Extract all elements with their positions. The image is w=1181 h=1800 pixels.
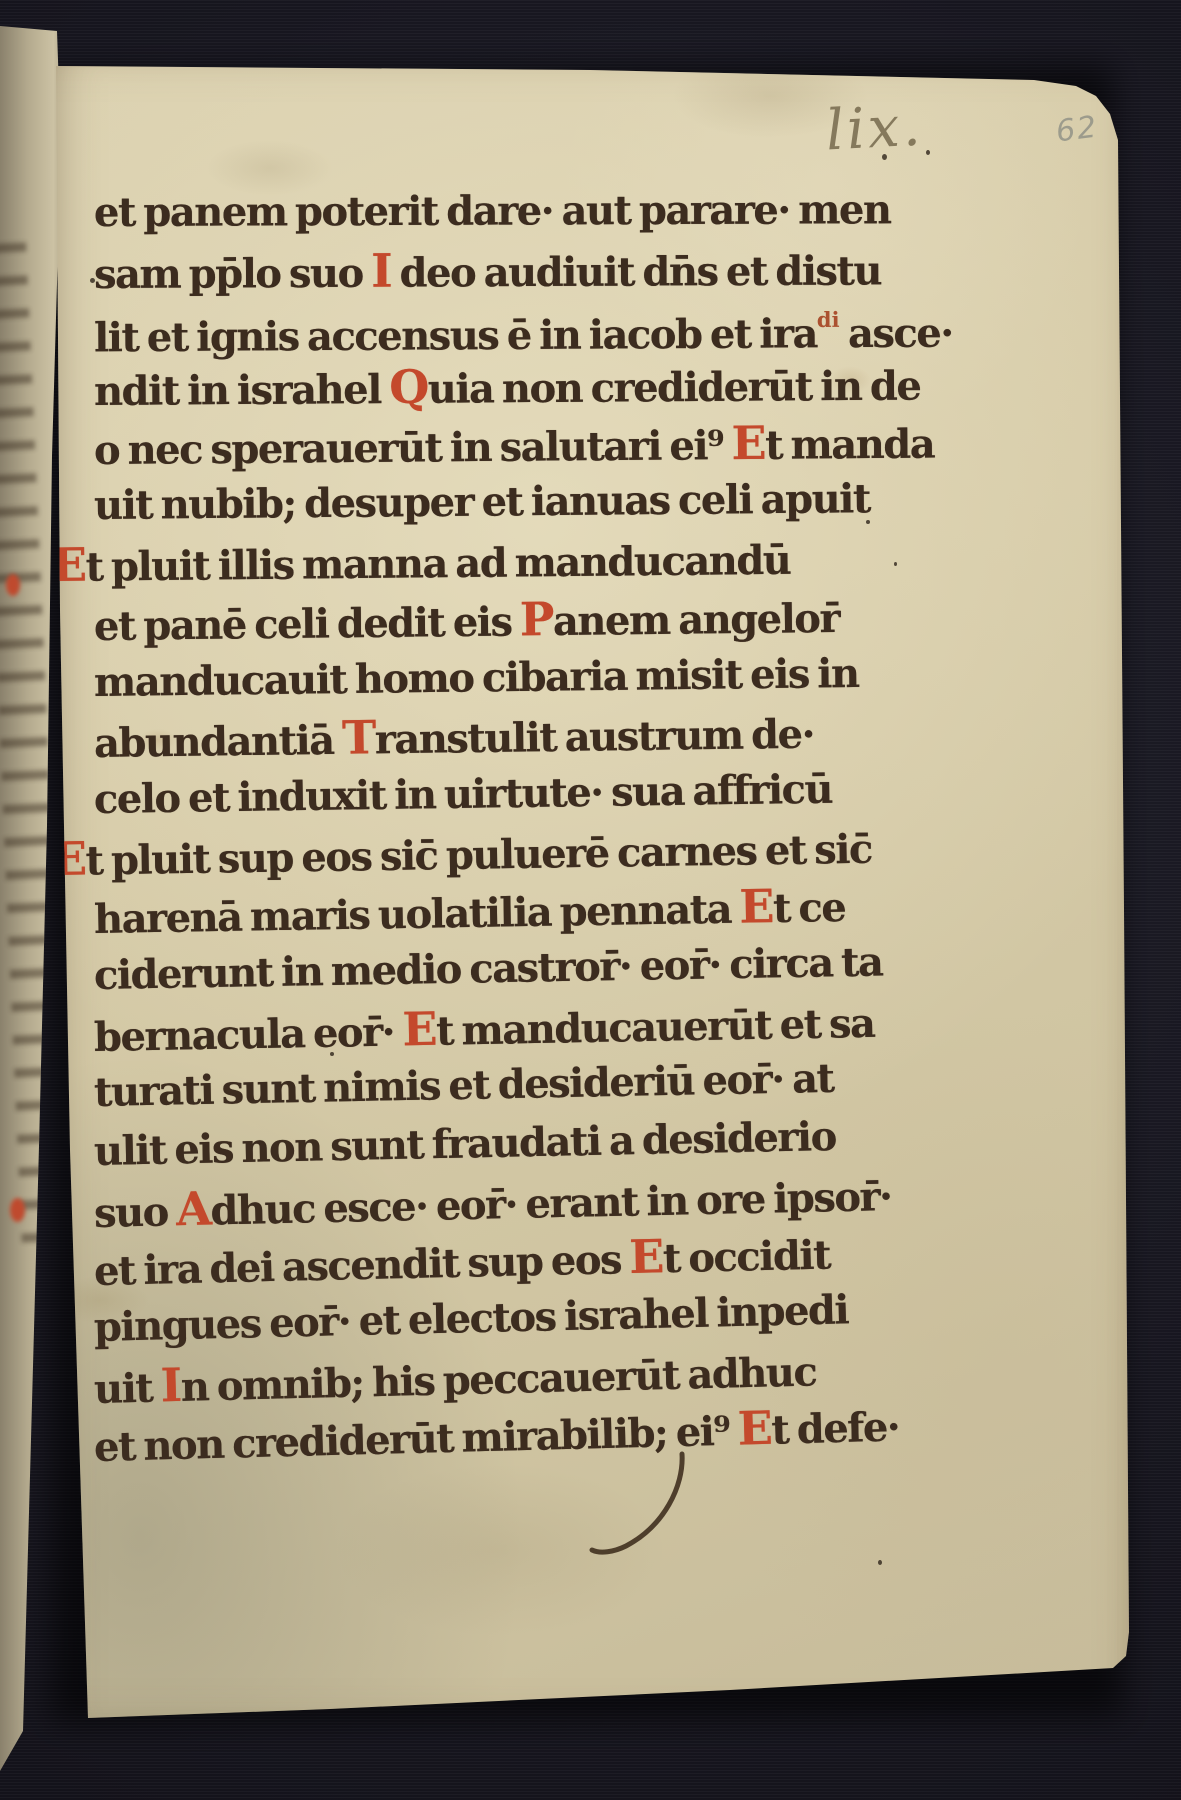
rubric-initial: E	[402, 1001, 437, 1056]
rubric-initial: A	[176, 1181, 211, 1236]
rubric-initial: T	[342, 711, 375, 765]
ink-text: bernacula eor̄·	[94, 1008, 403, 1061]
ink-text: t manda	[765, 420, 934, 468]
ink-text: ulit eis non sunt fraudati a desiderio	[94, 1113, 837, 1175]
ink-speck	[882, 154, 887, 160]
text-line: Et pluit illis manna ad manducandū	[52, 527, 1035, 595]
ink-text: suo	[94, 1188, 177, 1237]
rubric-initial: I	[371, 243, 391, 297]
ink-text: ranstulit austrum de·	[374, 711, 814, 764]
rubric-initial: E	[731, 416, 765, 470]
rubric-initial: E	[629, 1230, 664, 1285]
ink-text: harenā maris uolatilia pennata	[94, 886, 740, 943]
ink-text: t manducauerūt et sa	[436, 999, 875, 1054]
ink-text: t pluit illis manna ad manducandū	[85, 537, 790, 591]
ink-speck	[866, 520, 870, 524]
text-line: lit et ignis accensus ē in iacob et irad…	[94, 296, 1034, 360]
rubric-initial: E	[737, 1401, 772, 1456]
ink-text: anem angelor̄	[553, 595, 840, 645]
ink-text: manducauit homo cibaria misit eis in	[94, 649, 859, 705]
text-block: et panem poterit dare· aut parare· mensa…	[94, 184, 1034, 1475]
ink-text: t occidit	[662, 1232, 830, 1283]
rubric-initial: Q	[389, 360, 428, 414]
ink-text: sam pp̄lo suo	[94, 249, 371, 297]
ink-text: uia non crediderūt in de	[428, 363, 921, 413]
text-line: ndit in israhel Quia non crediderūt in d…	[94, 354, 1034, 419]
ink-text: t ce	[773, 884, 846, 932]
rubric-initial: E	[739, 879, 773, 934]
ink-speck	[90, 278, 95, 283]
ink-speck	[926, 150, 930, 155]
ink-speck	[878, 1560, 882, 1565]
text-line: et panē celi dedit eis Panem angelor̄	[94, 585, 1035, 654]
text-line: et panem poterit dare· aut parare· men	[94, 181, 1034, 243]
ink-text: ciderunt in medio castror̄· eor̄· circa …	[94, 938, 883, 998]
text-line: o nec sperauerūt in salutari ei⁹ Et mand…	[94, 412, 1034, 478]
ink-text: celo et induxit in uirtute· sua affricū	[94, 766, 833, 823]
facing-page-rubric-mark	[10, 1198, 25, 1222]
ink-text: et panem poterit dare· aut parare· men	[94, 186, 891, 236]
folio-number: 62	[1054, 110, 1100, 150]
ink-text: uit	[93, 1364, 161, 1413]
ink-text: asce·	[839, 310, 952, 358]
ink-speck	[330, 1052, 334, 1056]
photograph-background: lix. 62 et panem poterit dare· aut parar…	[0, 0, 1181, 1800]
facing-page-rubric-mark	[6, 574, 20, 596]
ink-speck	[894, 562, 897, 566]
ink-text: deo audiuit dn̄s et distu	[391, 247, 881, 296]
pen-flourish	[586, 1448, 696, 1568]
ink-text: o nec sperauerūt in salutari ei⁹	[94, 422, 732, 474]
text-line: sam pp̄lo suo I deo audiuit dn̄s et dist…	[94, 238, 1034, 301]
ink-text: abundantiā	[94, 717, 343, 767]
ink-text: turati sunt nimis et desideriū eor̄· at	[94, 1055, 834, 1116]
rubric-initial: I	[160, 1358, 181, 1412]
ink-text: et ira dei ascendit sup eos	[94, 1236, 630, 1295]
ink-text: uit nubib; desuper et ianuas celi apuit	[94, 476, 870, 530]
ink-text: ndit in israhel	[94, 366, 390, 415]
ink-text: et panē celi dedit eis	[94, 598, 520, 650]
manuscript-page: lix. 62 et panem poterit dare· aut parar…	[30, 50, 1135, 1740]
rubric-superscript-correction: di	[817, 307, 840, 332]
quire-mark: lix.	[824, 94, 924, 164]
ink-text: lit et ignis accensus ē in iacob et ira	[94, 311, 817, 362]
ink-text: t defe·	[771, 1404, 900, 1454]
text-line: uit nubib; desuper et ianuas celi apuit	[94, 469, 1034, 536]
rubric-initial: P	[520, 592, 554, 646]
ink-text: t pluit sup eos sic̄ puluerē carnes et s…	[85, 825, 872, 884]
